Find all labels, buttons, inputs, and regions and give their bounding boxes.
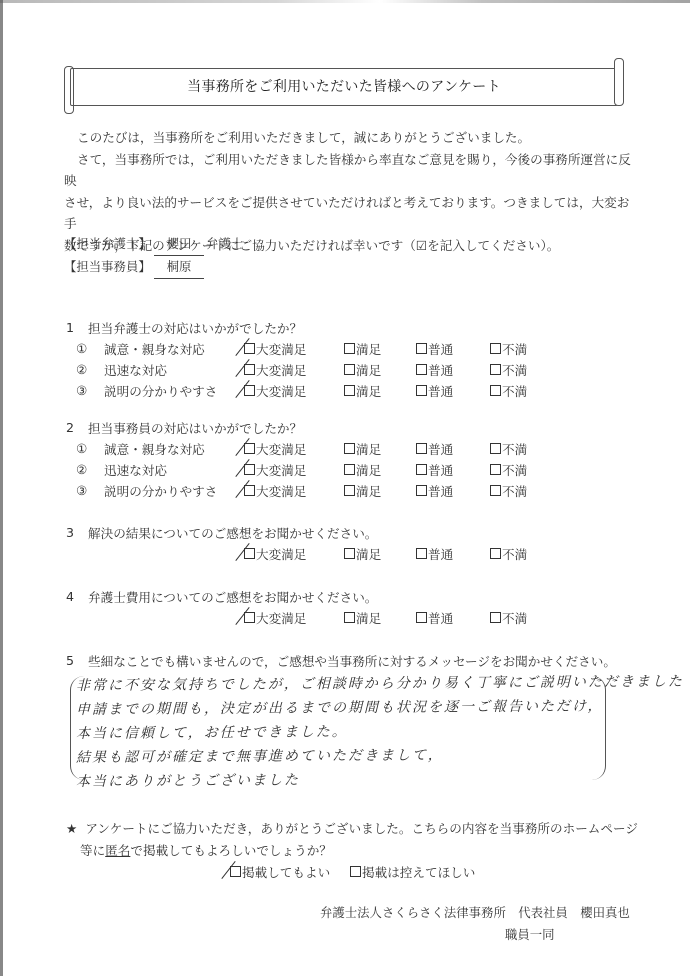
- checkbox[interactable]: [416, 612, 427, 623]
- item-number: ②: [66, 362, 104, 377]
- option-dissatisfied[interactable]: 不満: [490, 439, 550, 458]
- signature-staff: 職員一同: [320, 924, 630, 946]
- option-dissatisfied[interactable]: 不満: [490, 481, 550, 500]
- question-title: 些細なことでも構いませんので，ご感想や当事務所に対するメッセージをお聞かせくださ…: [88, 651, 616, 670]
- lawyer-label: 【担当弁護士】: [64, 233, 154, 256]
- publication-options: 掲載してもよい 掲載は控えてほしい: [230, 862, 475, 881]
- checkbox[interactable]: [416, 485, 427, 496]
- option-publish-ok[interactable]: 掲載してもよい: [230, 862, 350, 881]
- checkbox[interactable]: [416, 464, 427, 475]
- option-neutral[interactable]: 普通: [416, 339, 490, 358]
- checkbox-checked[interactable]: [244, 443, 255, 454]
- checkbox[interactable]: [490, 343, 501, 354]
- checkbox[interactable]: [490, 385, 501, 396]
- checkbox[interactable]: [344, 364, 355, 375]
- question-5: 5 些細なことでも構いませんので，ご感想や当事務所に対するメッセージをお聞かせく…: [66, 649, 616, 671]
- signature: 弁護士法人さくらさく法律事務所 代表社員 櫻田真也 職員一同: [320, 902, 630, 946]
- star-icon: ★: [66, 821, 77, 836]
- option-dissatisfied[interactable]: 不満: [490, 460, 550, 479]
- option-very-satisfied[interactable]: 大変満足: [244, 439, 344, 458]
- option-dissatisfied[interactable]: 不満: [490, 360, 550, 379]
- item-number: ①: [66, 441, 104, 456]
- item-label: 説明の分かりやすさ: [104, 381, 244, 400]
- checkbox[interactable]: [416, 385, 427, 396]
- checkbox[interactable]: [490, 364, 501, 375]
- option-very-satisfied[interactable]: 大変満足: [244, 481, 344, 500]
- option-publish-decline[interactable]: 掲載は控えてほしい: [350, 862, 475, 881]
- checkbox[interactable]: [490, 443, 501, 454]
- checkbox-checked[interactable]: [230, 866, 241, 877]
- checkbox[interactable]: [344, 343, 355, 354]
- option-very-satisfied[interactable]: 大変満足: [244, 544, 344, 563]
- checkbox[interactable]: [344, 612, 355, 623]
- lawyer-suffix: 弁護士: [206, 233, 243, 256]
- question-4: 4 弁護士費用についてのご感想をお聞かせください。 大変満足 満足 普通 不満: [66, 585, 550, 628]
- option-neutral[interactable]: 普通: [416, 460, 490, 479]
- question-1: 1 担当弁護士の対応はいかがでしたか？ ① 誠意・親身な対応 大変満足 満足 普…: [66, 316, 550, 401]
- scan-edge-left: [0, 0, 3, 976]
- checkbox-checked[interactable]: [244, 343, 255, 354]
- checkbox[interactable]: [344, 385, 355, 396]
- option-neutral[interactable]: 普通: [416, 544, 490, 563]
- item-label: 迅速な対応: [104, 360, 244, 379]
- checkbox[interactable]: [416, 364, 427, 375]
- checkbox[interactable]: [416, 443, 427, 454]
- option-satisfied[interactable]: 満足: [344, 381, 416, 400]
- checkbox-checked[interactable]: [244, 548, 255, 559]
- checkbox-checked[interactable]: [244, 485, 255, 496]
- signature-firm: 弁護士法人さくらさく法律事務所 代表社員 櫻田真也: [320, 902, 630, 924]
- option-dissatisfied[interactable]: 不満: [490, 339, 550, 358]
- scan-edge-top: [0, 0, 690, 3]
- checkbox[interactable]: [490, 485, 501, 496]
- consent-text: 等に: [80, 843, 105, 858]
- option-dissatisfied[interactable]: 不満: [490, 608, 550, 627]
- checkbox[interactable]: [344, 485, 355, 496]
- question-item: ③ 説明の分かりやすさ 大変満足 満足 普通 不満: [66, 480, 550, 501]
- question-item: ① 誠意・親身な対応 大変満足 満足 普通 不満: [66, 338, 550, 359]
- option-satisfied[interactable]: 満足: [344, 339, 416, 358]
- checkbox[interactable]: [416, 343, 427, 354]
- question-3: 3 解決の結果についてのご感想をお聞かせください。 大変満足 満足 普通 不満: [66, 521, 550, 564]
- option-satisfied[interactable]: 満足: [344, 439, 416, 458]
- option-very-satisfied[interactable]: 大変満足: [244, 360, 344, 379]
- question-number: 2: [66, 420, 88, 435]
- intro-line: このたびは，当事務所をご利用いただきまして，誠にありがとうございました。: [64, 127, 636, 149]
- anonymous-underlined: 匿名: [105, 843, 130, 858]
- question-number: 3: [66, 525, 88, 540]
- question-title: 解決の結果についてのご感想をお聞かせください。: [88, 523, 377, 542]
- clerk-label: 【担当事務員】: [64, 256, 154, 279]
- question-item: ② 迅速な対応 大変満足 満足 普通 不満: [66, 359, 550, 380]
- checkbox-checked[interactable]: [244, 612, 255, 623]
- option-very-satisfied[interactable]: 大変満足: [244, 339, 344, 358]
- question-item: ① 誠意・親身な対応 大変満足 満足 普通 不満: [66, 438, 550, 459]
- question-2: 2 担当事務員の対応はいかがでしたか？ ① 誠意・親身な対応 大変満足 満足 普…: [66, 416, 550, 501]
- handwritten-line: 本当にありがとうございました: [76, 766, 636, 794]
- intro-line: させ，より良い法的サービスをご提供させていただければと考えております。つきまして…: [64, 192, 636, 235]
- option-satisfied[interactable]: 満足: [344, 360, 416, 379]
- lawyer-name: 櫻田: [154, 233, 204, 256]
- option-dissatisfied[interactable]: 不満: [490, 544, 550, 563]
- checkbox[interactable]: [350, 866, 361, 877]
- question-number: 5: [66, 653, 88, 668]
- item-label: 説明の分かりやすさ: [104, 481, 244, 500]
- checkbox[interactable]: [490, 464, 501, 475]
- option-neutral[interactable]: 普通: [416, 381, 490, 400]
- checkbox-checked[interactable]: [244, 464, 255, 475]
- question-title: 担当事務員の対応はいかがでしたか？: [88, 418, 302, 437]
- handwritten-comment[interactable]: 非常に不安な気持ちでしたが，ご相談時から分かり易く丁寧にご説明いただきました 申…: [76, 672, 636, 792]
- option-dissatisfied[interactable]: 不満: [490, 381, 550, 400]
- item-number: ②: [66, 462, 104, 477]
- question-answer-row: 大変満足 満足 普通 不満: [66, 543, 550, 564]
- question-item: ③ 説明の分かりやすさ 大変満足 満足 普通 不満: [66, 380, 550, 401]
- option-neutral[interactable]: 普通: [416, 360, 490, 379]
- consent-text: で掲載してもよろしいでしょうか？: [130, 843, 332, 858]
- option-very-satisfied[interactable]: 大変満足: [244, 381, 344, 400]
- item-number: ①: [66, 341, 104, 356]
- title-banner: 当事務所をご利用いただいた皆様へのアンケート: [64, 62, 624, 106]
- item-label: 迅速な対応: [104, 460, 244, 479]
- publication-consent: ★ アンケートにご協力いただき，ありがとうございました。こちらの内容を当事務所の…: [66, 818, 646, 862]
- checkbox-checked[interactable]: [244, 385, 255, 396]
- option-neutral[interactable]: 普通: [416, 481, 490, 500]
- checkbox[interactable]: [344, 548, 355, 559]
- option-neutral[interactable]: 普通: [416, 608, 490, 627]
- option-satisfied[interactable]: 満足: [344, 544, 416, 563]
- question-answer-row: 大変満足 満足 普通 不満: [66, 607, 550, 628]
- checkbox[interactable]: [344, 464, 355, 475]
- question-number: 4: [66, 589, 88, 604]
- question-item: ② 迅速な対応 大変満足 満足 普通 不満: [66, 459, 550, 480]
- option-satisfied[interactable]: 満足: [344, 481, 416, 500]
- option-satisfied[interactable]: 満足: [344, 608, 416, 627]
- question-title: 担当弁護士の対応はいかがでしたか？: [88, 318, 302, 337]
- page-title: 当事務所をご利用いただいた皆様へのアンケート: [64, 76, 624, 96]
- question-number: 1: [66, 320, 88, 335]
- checkbox[interactable]: [490, 612, 501, 623]
- item-label: 誠意・親身な対応: [104, 339, 244, 358]
- question-title: 弁護士費用についてのご感想をお聞かせください。: [88, 587, 377, 606]
- item-number: ③: [66, 483, 104, 498]
- item-label: 誠意・親身な対応: [104, 439, 244, 458]
- item-number: ③: [66, 383, 104, 398]
- checkbox[interactable]: [490, 548, 501, 559]
- option-satisfied[interactable]: 満足: [344, 460, 416, 479]
- option-neutral[interactable]: 普通: [416, 439, 490, 458]
- option-very-satisfied[interactable]: 大変満足: [244, 460, 344, 479]
- intro-line: さて，当事務所では，ご利用いただきました皆様から率直なご意見を賜り，今後の事務所…: [64, 149, 636, 192]
- clerk-name: 桐原: [154, 256, 204, 279]
- staff-info: 【担当弁護士】 櫻田 弁護士 【担当事務員】 桐原: [64, 233, 243, 279]
- option-very-satisfied[interactable]: 大変満足: [244, 608, 344, 627]
- checkbox[interactable]: [416, 548, 427, 559]
- checkbox[interactable]: [344, 443, 355, 454]
- consent-text-line1: アンケートにご協力いただき，ありがとうございました。こちらの内容を当事務所のホー…: [85, 821, 638, 836]
- checkbox-checked[interactable]: [244, 364, 255, 375]
